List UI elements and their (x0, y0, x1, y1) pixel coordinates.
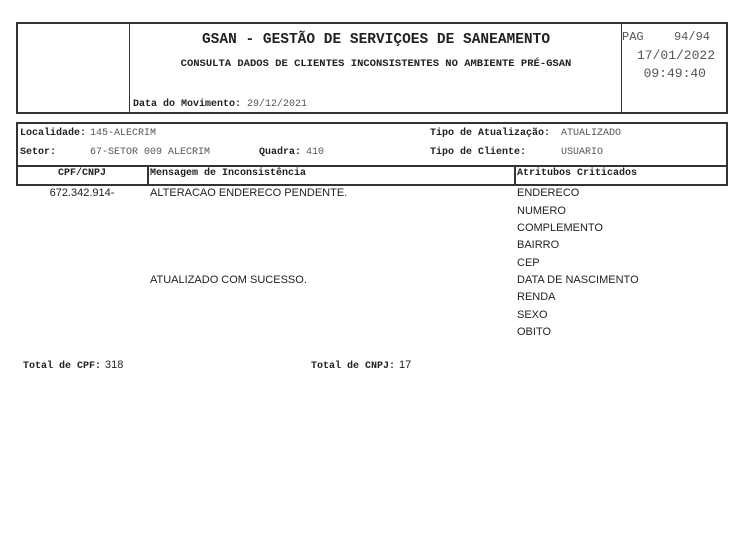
localidade-value: 145-ALECRIM (90, 128, 156, 139)
cpf-cnpj-cell: 672.342.914- (18, 187, 146, 199)
movement-date-value: 29/12/2021 (247, 99, 307, 110)
setor-label: Setor: (20, 147, 56, 158)
tipo-atualizacao-value: ATUALIZADO (561, 128, 621, 139)
attribute-cell: COMPLEMENTO (517, 222, 603, 234)
report-subtitle: CONSULTA DADOS DE CLIENTES INCONSISTENTE… (130, 58, 622, 70)
message-cell: ATUALIZADO COM SUCESSO. (150, 274, 307, 286)
total-cnpj-value: 17 (399, 359, 411, 371)
column-divider-1 (147, 166, 149, 184)
tipo-atualizacao-label: Tipo de Atualização: (430, 128, 550, 139)
page-number: 94/94 (662, 30, 710, 44)
column-header-mensagem: Mensagem de Inconsistência (150, 168, 306, 179)
quadra-label: Quadra: (259, 147, 301, 158)
page-label: PAG (622, 30, 644, 44)
attribute-cell: BAIRRO (517, 239, 559, 251)
column-header-cpf-cnpj: CPF/CNPJ (18, 168, 146, 179)
total-cnpj-label: Total de CNPJ: (311, 361, 395, 372)
total-cpf-value: 318 (105, 359, 123, 371)
attribute-cell: DATA DE NASCIMENTO (517, 274, 639, 286)
print-date: 17/01/2022 (622, 48, 715, 63)
total-cnpj: Total de CNPJ: 17 (311, 355, 411, 373)
localidade-label: Localidade: (20, 128, 86, 139)
movement-date: Data do Movimento: 29/12/2021 (133, 99, 307, 110)
print-time: 09:49:40 (622, 66, 706, 81)
column-header-atributos: Atritubos Criticados (517, 168, 637, 179)
tipo-cliente-value: USUARIO (561, 147, 603, 158)
tipo-cliente-label: Tipo de Cliente: (430, 147, 526, 158)
movement-date-label: Data do Movimento: (133, 99, 241, 110)
total-cpf-label: Total de CPF: (23, 361, 101, 372)
attribute-cell: RENDA (517, 291, 556, 303)
setor-value: 67-SETOR 009 ALECRIM (90, 147, 210, 158)
attribute-cell: OBITO (517, 326, 551, 338)
column-divider-2 (514, 166, 516, 184)
message-cell: ALTERACAO ENDERECO PENDENTE. (150, 187, 347, 199)
report-title: GSAN - GESTÃO DE SERVIÇOES DE SANEAMENTO (130, 32, 622, 48)
attribute-cell: CEP (517, 257, 540, 269)
attribute-cell: NUMERO (517, 205, 566, 217)
quadra-value: 410 (306, 147, 324, 158)
attribute-cell: ENDERECO (517, 187, 579, 199)
filters-divider (18, 165, 726, 167)
attribute-cell: SEXO (517, 309, 548, 321)
total-cpf: Total de CPF: 318 (23, 355, 123, 373)
